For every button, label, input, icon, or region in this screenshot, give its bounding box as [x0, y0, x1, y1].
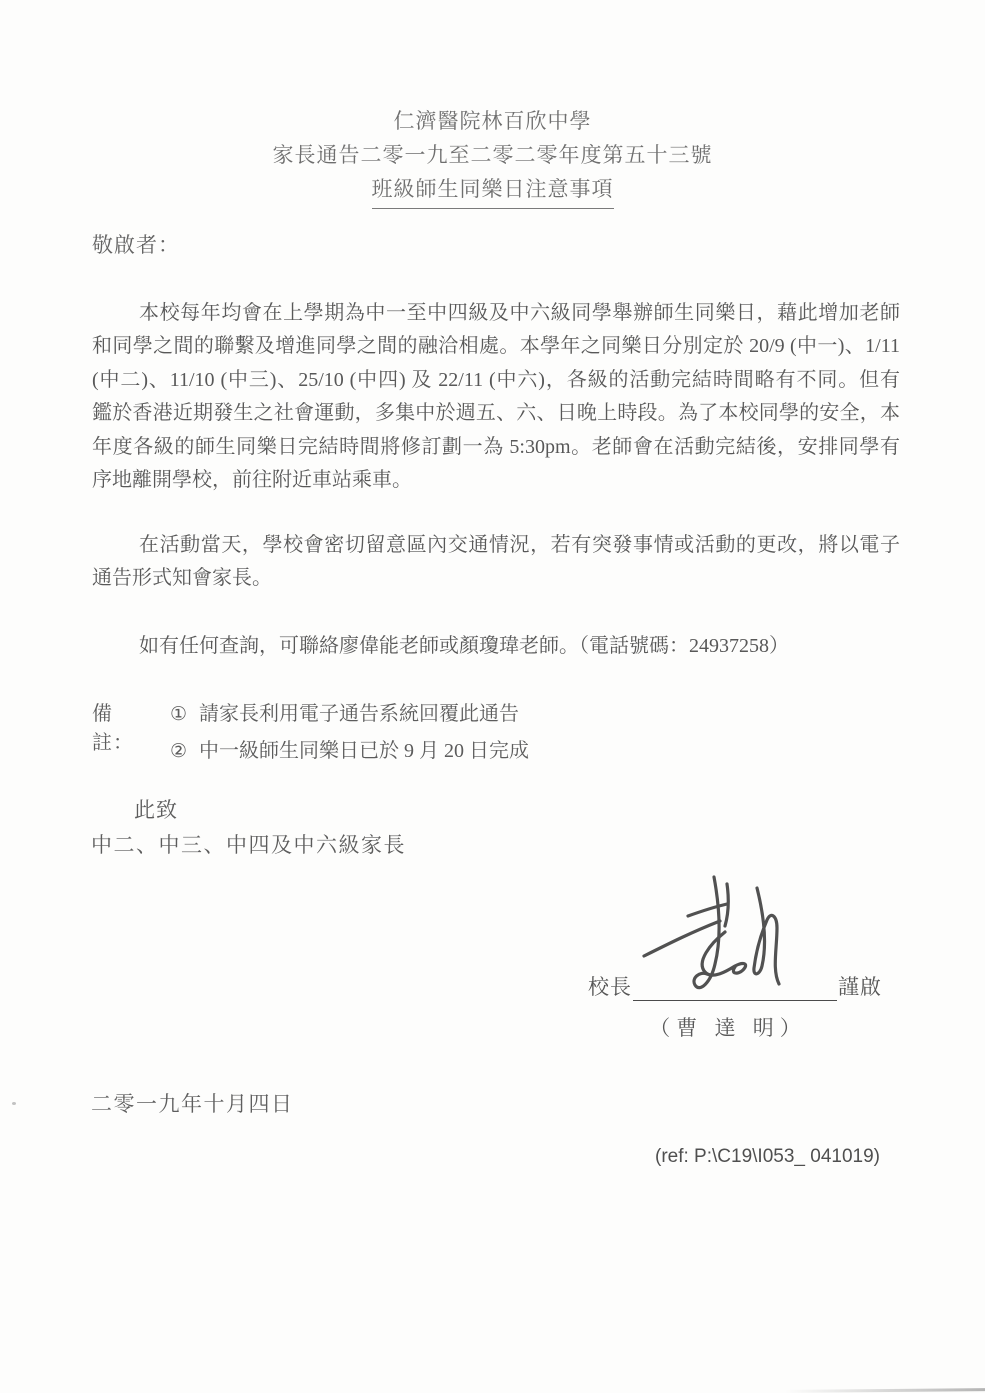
- signature-row: 校長 謹啟: [588, 971, 882, 1001]
- paragraph-line: 鑑於香港近期發生之社會運動，多集中於週五、六、日晚上時段。為了本校同學的安全，本: [92, 397, 900, 430]
- paragraph-line: 通告形式知會家長。: [92, 562, 900, 595]
- notice-subject: 班級師生同樂日注意事項: [372, 172, 614, 209]
- remark-text: 中一級師生同樂日已於 9 月 20 日完成: [199, 734, 529, 763]
- remark-text: 請家長利用電子通告系統回覆此通告: [199, 697, 519, 726]
- body-paragraph-3: 如有任何查詢，可聯絡廖偉能老師或顏瓊瑋老師。（電話號碼：24937258）: [92, 630, 900, 663]
- addressees: 中二、中三、中四及中六級家長: [91, 829, 406, 859]
- circled-number-icon: ②: [170, 740, 187, 763]
- paragraph-line: 和同學之間的聯繫及增進同學之間的融洽相處。本學年之同樂日分別定於 20/9 (中…: [92, 330, 900, 363]
- paragraph-line: 年度各級的師生同樂日完結時間將修訂劃一為 5:30pm。老師會在活動完結後，安排…: [92, 431, 900, 464]
- body-paragraph-1: 本校每年均會在上學期為中一至中四級及中六級同學舉辦師生同樂日，藉此增加老師 和同…: [92, 297, 900, 497]
- remarks-label: 備註：: [92, 697, 134, 755]
- remark-item: ① 請家長利用電子通告系統回覆此通告: [170, 697, 770, 734]
- school-name: 仁濟醫院林百欣中學: [0, 104, 985, 138]
- remark-item: ② 中一級師生同樂日已於 9 月 20 日完成: [170, 734, 770, 771]
- body-paragraph-2: 在活動當天，學校會密切留意區內交通情況，若有突發事情或活動的更改，將以電子 通告…: [92, 529, 900, 596]
- paragraph-line: (中二)、11/10 (中三)、25/10 (中四) 及 22/11 (中六)，…: [92, 364, 900, 397]
- scan-edge-streak: [785, 1388, 985, 1393]
- signature-role-label: 校長: [588, 971, 632, 1001]
- signature-honorific: 謹啟: [838, 971, 882, 1001]
- salutation: 敬啟者：: [92, 229, 180, 259]
- file-reference: (ref: P:\C19\I053_ 041019): [655, 1146, 880, 1168]
- scanned-notice-document: 仁濟醫院林百欣中學 家長通告二零一九至二零二零年度第五十三號 班級師生同樂日注意…: [0, 0, 985, 1393]
- scan-speck: [12, 1102, 16, 1105]
- principal-name: （曹 達 明）: [578, 1012, 878, 1042]
- notice-number: 家長通告二零一九至二零二零年度第五十三號: [0, 138, 985, 172]
- paragraph-line: 如有任何查詢，可聯絡廖偉能老師或顏瓊瑋老師。（電話號碼：24937258）: [92, 630, 900, 663]
- closing-salute: 此致: [134, 794, 178, 824]
- document-date: 二零一九年十月四日: [91, 1088, 294, 1118]
- circled-number-icon: ①: [170, 703, 187, 726]
- paragraph-line: 在活動當天，學校會密切留意區內交通情況，若有突發事情或活動的更改，將以電子: [92, 529, 900, 562]
- paragraph-line: 序地離開學校，前往附近車站乘車。: [92, 464, 900, 497]
- document-header: 仁濟醫院林百欣中學 家長通告二零一九至二零二零年度第五十三號 班級師生同樂日注意…: [0, 104, 985, 209]
- remarks-list: ① 請家長利用電子通告系統回覆此通告 ② 中一級師生同樂日已於 9 月 20 日…: [170, 697, 770, 771]
- paragraph-line: 本校每年均會在上學期為中一至中四級及中六級同學舉辦師生同樂日，藉此增加老師: [92, 297, 900, 330]
- signature-line: [633, 973, 837, 1001]
